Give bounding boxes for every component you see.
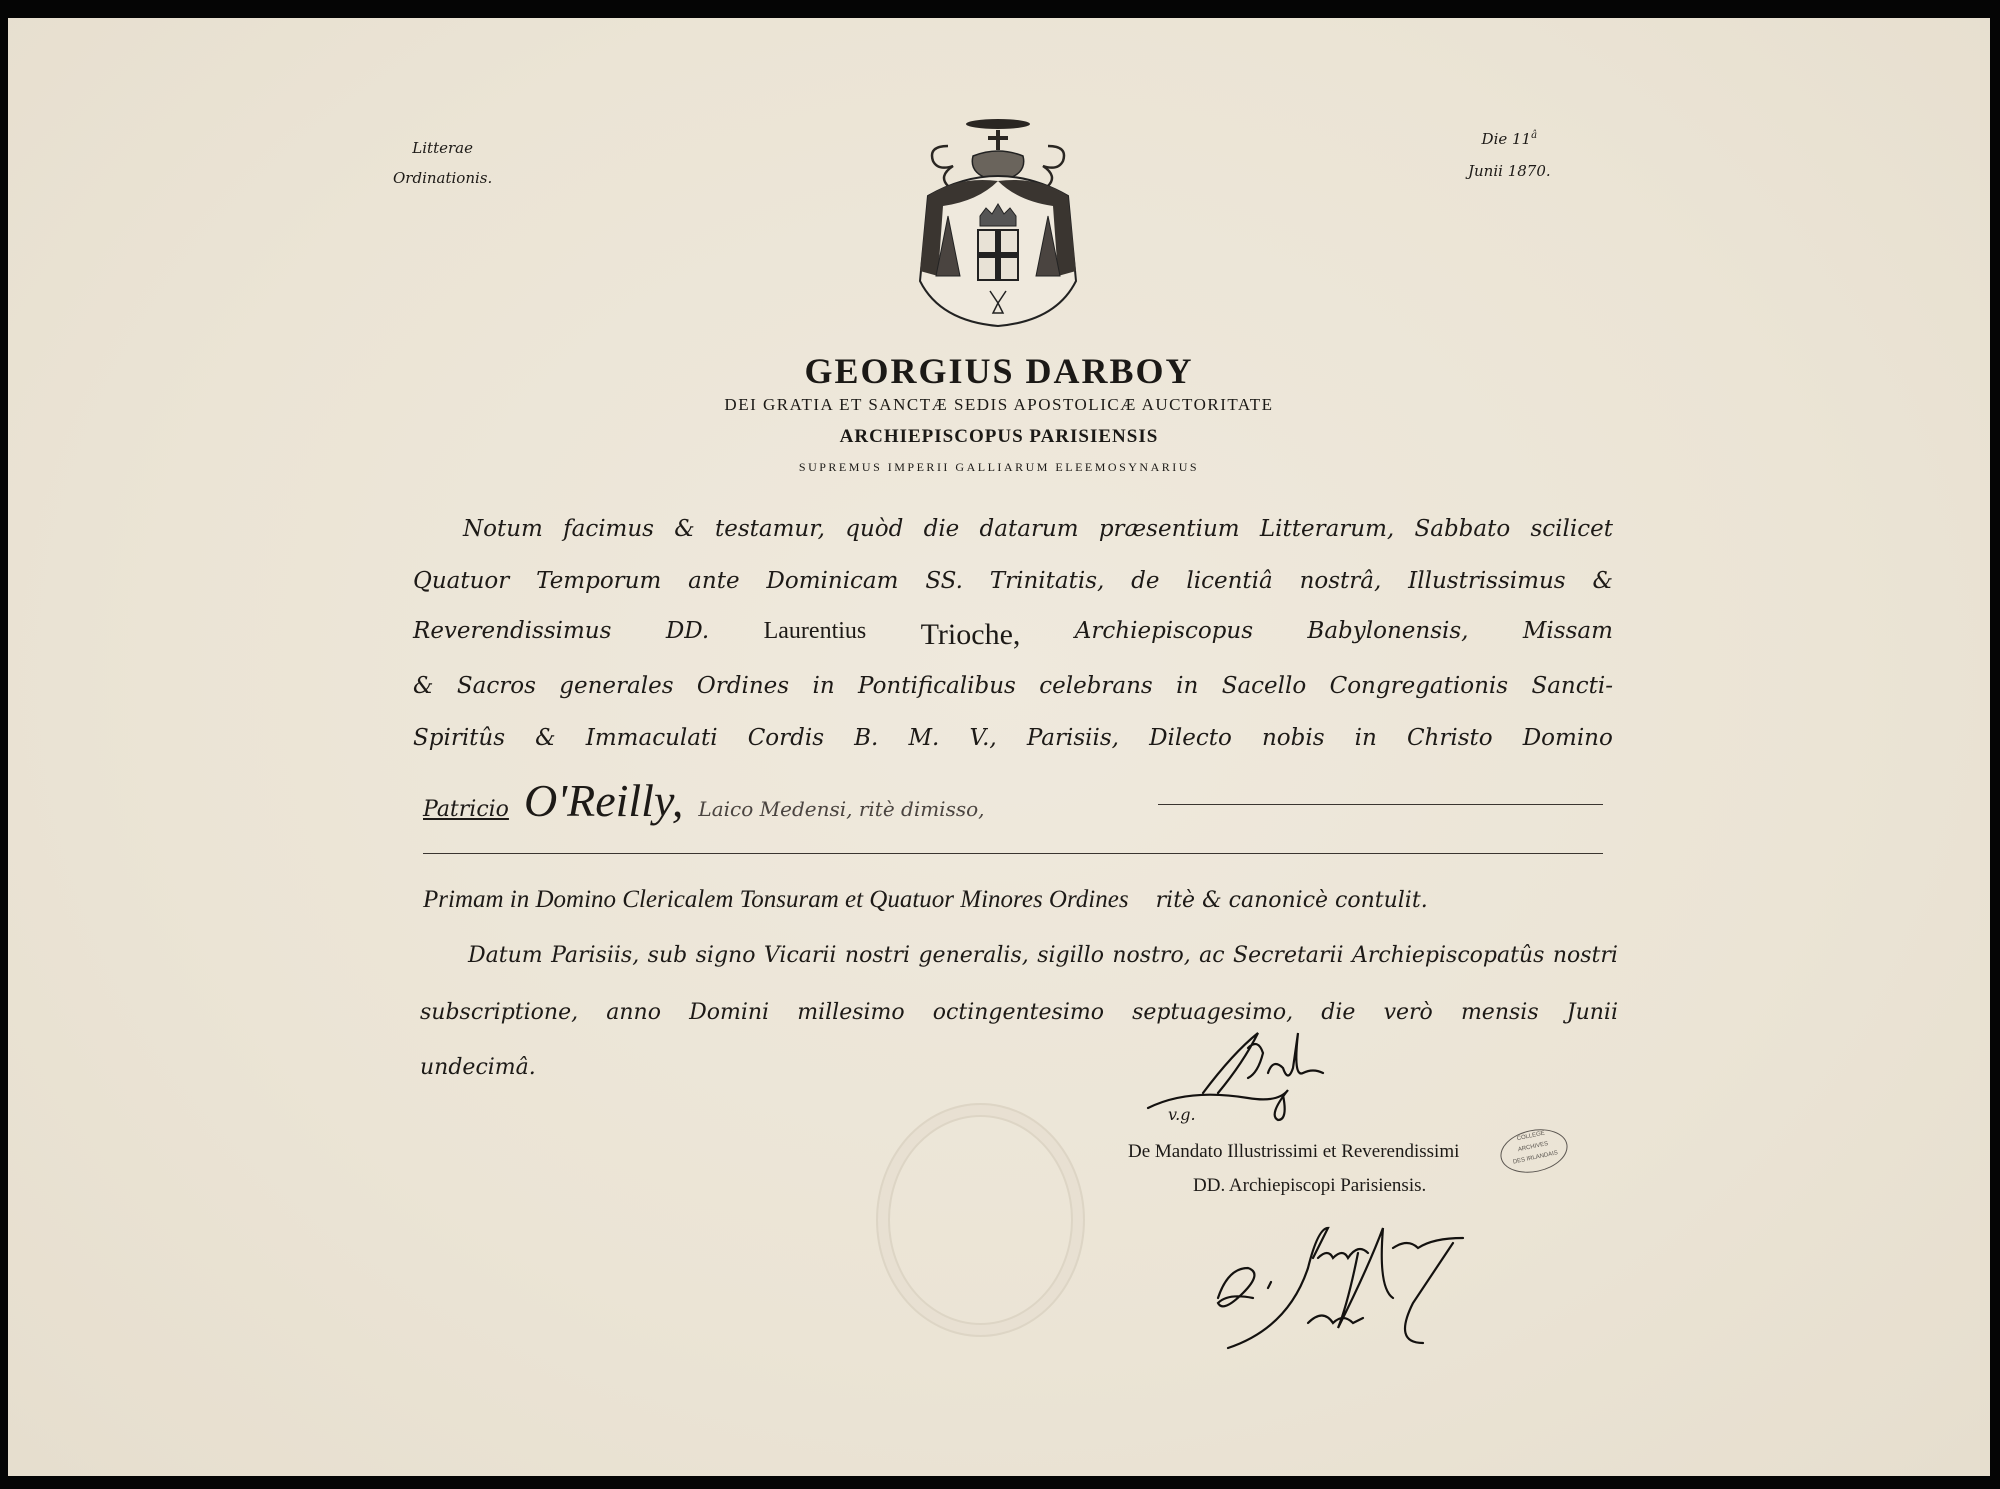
archiepiscopal-coat-of-arms-icon [908,116,1088,336]
consecrator-name: Trioche, [921,618,1021,652]
body-line-1: Notumfacimus&testamur,quòddiedatarumpræs… [413,516,1613,542]
mandate-line-1: De Mandato Illustrissimi et Reverendissi… [1128,1135,1459,1169]
mandate-line-2: DD. Archiepiscopi Parisiensis. [1128,1169,1459,1203]
heading-title-line: ARCHIEPISCOPUS PARISIENSIS [8,426,1990,448]
secretary-signature [1198,1208,1578,1358]
corner-left-line2: Ordinationis. [393,163,492,193]
vicar-signature: v.g. [1128,1028,1358,1138]
date-month-year: Junii 1870. [1468,155,1551,187]
body-line-5: Spiritûs&ImmaculatiCordisB.M.V.,Parisiis… [413,725,1613,751]
document-type-label: Litterae Ordinationis. [393,133,492,193]
datum-line-3: undecimâ. [420,1055,536,1080]
blank-line-2 [423,853,1603,854]
recipient-surname: O'Reilly, [524,775,683,826]
heading-authority-line: DEI GRATIA ET SANCTÆ SEDIS APOSTOLICÆ AU… [8,395,1990,415]
recipient-line: Patricio O'Reilly, Laico Medensi, ritè d… [423,774,985,827]
body-line-2: QuatuorTemporumanteDominicamSS.Trinitati… [413,568,1613,594]
body-line-4: &SacrosgeneralesOrdinesinPontificalibusc… [413,673,1613,699]
vicar-initials: v.g. [1168,1105,1196,1124]
datum-line-1: DatumParisiis,subsignoVicariinostrigener… [468,943,1618,968]
archbishop-name: GEORGIUS DARBOY [8,350,1990,392]
orders-conferred: Primam in Domino Clericalem Tonsuram et … [423,886,1129,913]
body-line-3: ReverendissimusDD.LaurentiusTrioche,Arch… [413,618,1613,652]
certificate-paper: Litterae Ordinationis. Die 11â Junii 187… [8,18,1990,1476]
orders-line: Primam in Domino Clericalem Tonsuram et … [423,886,1428,914]
date-superscript: â [1531,130,1537,141]
heading-office-line: SUPREMUS IMPERII GALLIARUM ELEEMOSYNARIU… [8,460,1990,475]
datum-line-2: subscriptione,annoDominimillesimooctinge… [420,1000,1618,1025]
date-day: Die 11 [1482,130,1532,148]
blank-line-1 [1158,804,1603,805]
orders-tail: ritè & canonicè contulit. [1156,888,1428,913]
embossed-seal-icon [876,1103,1085,1337]
recipient-diocese-note: Laico Medensi, ritè dimisso, [698,797,984,821]
document-date: Die 11â Junii 1870. [1468,120,1551,187]
mandate-block: De Mandato Illustrissimi et Reverendissi… [1128,1135,1459,1203]
archive-stamp: COLLEGE ARCHIVES DES IRLANDAIS [1496,1123,1571,1178]
corner-left-line1: Litterae [393,133,492,163]
recipient-given-name: Patricio [423,797,509,822]
